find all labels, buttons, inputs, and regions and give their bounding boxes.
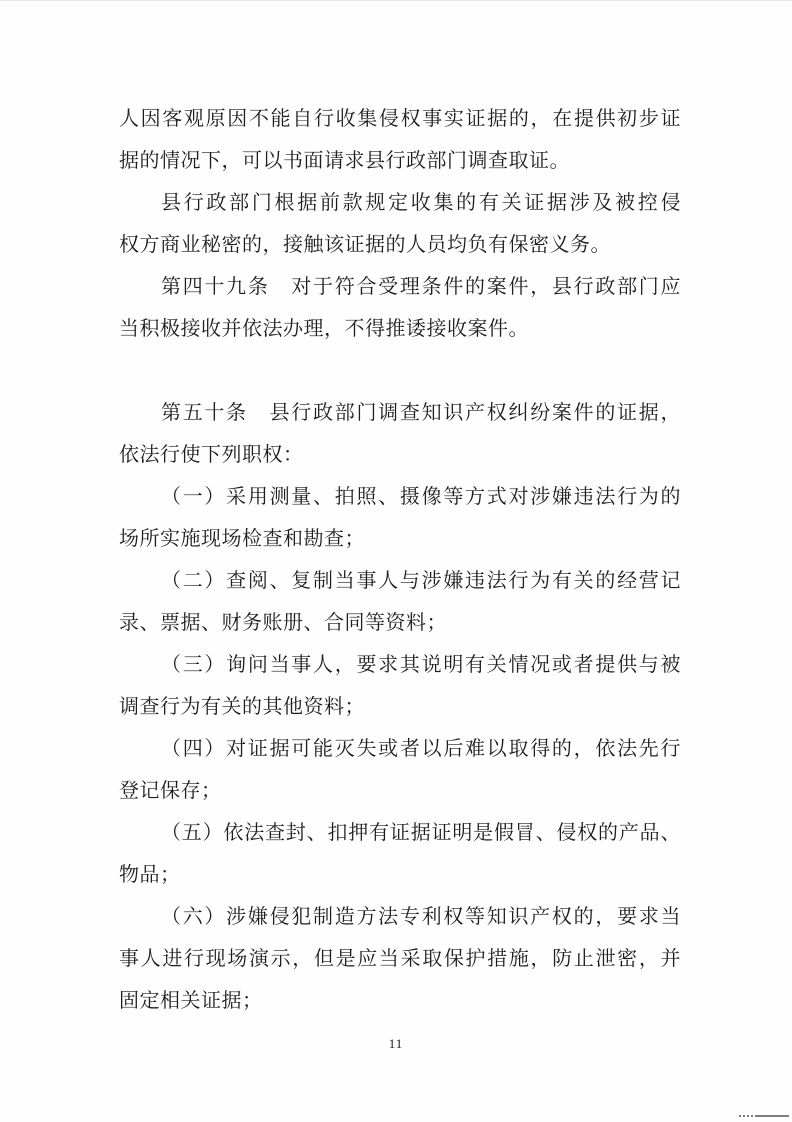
paragraph: （六）涉嫌侵犯制造方法专利权等知识产权的，要求当事人进行现场演示，但是应当采取保…	[119, 896, 681, 1022]
text-line: 第五十条 县行政部门调查知识产权纠纷案件的证据，	[119, 392, 681, 434]
scan-artifact-dots	[739, 1115, 753, 1117]
paragraph: （二）查阅、复制当事人与涉嫌违法行为有关的经营记录、票据、财务账册、合同等资料；	[119, 560, 681, 644]
paragraph: （五）依法查封、扣押有证据证明是假冒、侵权的产品、物品；	[119, 812, 681, 896]
text-line: （五）依法查封、扣押有证据证明是假冒、侵权的产品、	[119, 812, 681, 854]
text-line: （三）询问当事人，要求其说明有关情况或者提供与被	[119, 644, 681, 686]
text-line: 权方商业秘密的，接触该证据的人员均负有保密义务。	[119, 224, 681, 266]
text-line: （四）对证据可能灭失或者以后难以取得的，依法先行	[119, 728, 681, 770]
text-line: 依法行使下列职权：	[119, 434, 681, 476]
paragraph: 第五十条 县行政部门调查知识产权纠纷案件的证据，依法行使下列职权：	[119, 392, 681, 476]
page-number: 11	[0, 1035, 792, 1053]
text-line: 当积极接收并依法办理，不得推诿接收案件。	[119, 308, 681, 350]
document-body: 人因客观原因不能自行收集侵权事实证据的，在提供初步证据的情况下，可以书面请求县行…	[119, 98, 681, 1022]
text-line: 县行政部门根据前款规定收集的有关证据涉及被控侵	[119, 182, 681, 224]
text-line: 场所实施现场检查和勘查；	[119, 518, 681, 560]
text-line: 固定相关证据；	[119, 980, 681, 1022]
paragraph: 县行政部门根据前款规定收集的有关证据涉及被控侵权方商业秘密的，接触该证据的人员均…	[119, 182, 681, 266]
text-line: （一）采用测量、拍照、摄像等方式对涉嫌违法行为的	[119, 476, 681, 518]
paragraph: 人因客观原因不能自行收集侵权事实证据的，在提供初步证据的情况下，可以书面请求县行…	[119, 98, 681, 182]
text-line: 事人进行现场演示，但是应当采取保护措施，防止泄密，并	[119, 938, 681, 980]
scan-artifact-bottom-right	[739, 1114, 789, 1118]
text-line: 录、票据、财务账册、合同等资料；	[119, 602, 681, 644]
text-line: （六）涉嫌侵犯制造方法专利权等知识产权的，要求当	[119, 896, 681, 938]
text-line: 第四十九条 对于符合受理条件的案件，县行政部门应	[119, 266, 681, 308]
scan-artifact-line	[755, 1115, 789, 1117]
paragraph: （三）询问当事人，要求其说明有关情况或者提供与被调查行为有关的其他资料；	[119, 644, 681, 728]
document-page: 人因客观原因不能自行收集侵权事实证据的，在提供初步证据的情况下，可以书面请求县行…	[0, 0, 792, 1122]
text-line: 人因客观原因不能自行收集侵权事实证据的，在提供初步证	[119, 98, 681, 140]
text-line: 据的情况下，可以书面请求县行政部门调查取证。	[119, 140, 681, 182]
paragraph: （四）对证据可能灭失或者以后难以取得的，依法先行登记保存；	[119, 728, 681, 812]
text-line: 物品；	[119, 854, 681, 896]
text-line: 调查行为有关的其他资料；	[119, 686, 681, 728]
text-line: （二）查阅、复制当事人与涉嫌违法行为有关的经营记	[119, 560, 681, 602]
text-line: 登记保存；	[119, 770, 681, 812]
paragraph: 第四十九条 对于符合受理条件的案件，县行政部门应当积极接收并依法办理，不得推诿接…	[119, 266, 681, 350]
paragraph: （一）采用测量、拍照、摄像等方式对涉嫌违法行为的场所实施现场检查和勘查；	[119, 476, 681, 560]
